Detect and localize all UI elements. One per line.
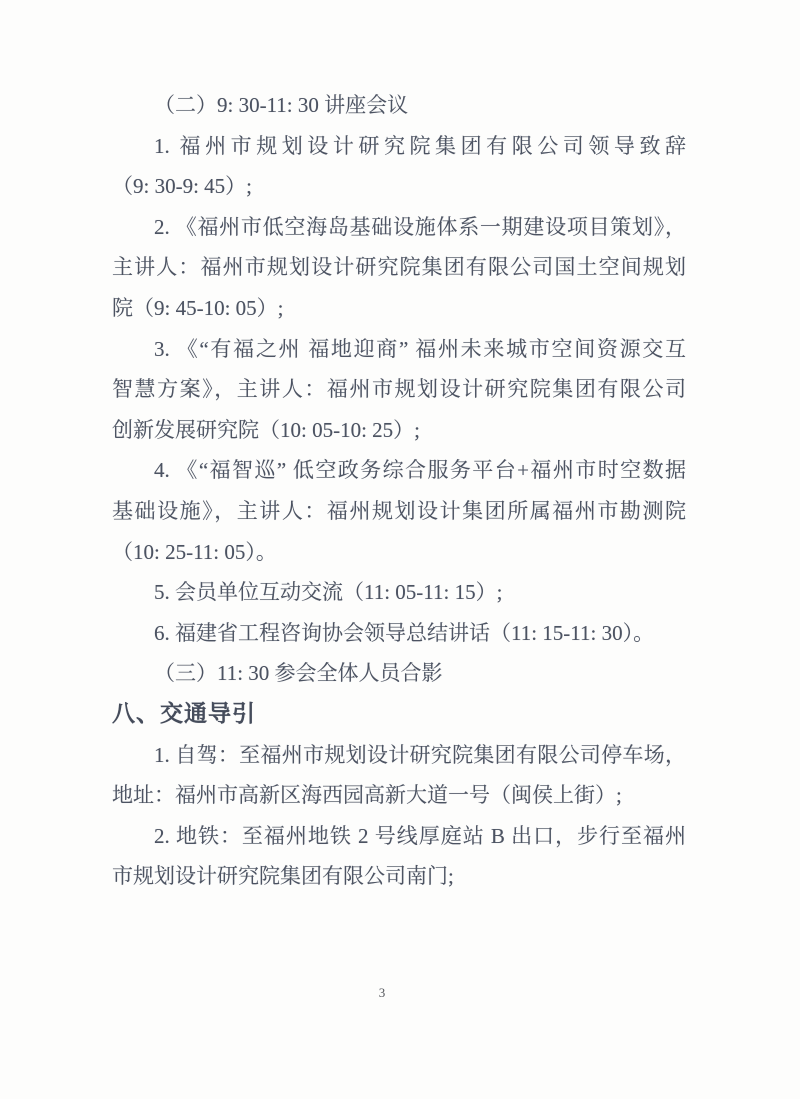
traffic-item-2-line-1: 2. 地铁：至福州地铁 2 号线厚庭站 B 出口，步行至福州 [112,816,686,857]
agenda-subsection-2-heading: （二）9: 30-11: 30 讲座会议 [112,85,686,126]
traffic-item-1-line-2: 地址：福州市高新区海西园高新大道一号（闽侯上街）; [112,775,686,816]
document-page: （二）9: 30-11: 30 讲座会议 1. 福州市规划设计研究院集团有限公司… [0,0,800,1099]
agenda-item-2-line-2: 主讲人：福州市规划设计研究院集团有限公司国土空间规划 [112,247,686,288]
traffic-item-2-line-2: 市规划设计研究院集团有限公司南门; [112,856,686,897]
agenda-item-4-line-3: （10: 25-11: 05）。 [112,532,686,573]
document-body: （二）9: 30-11: 30 讲座会议 1. 福州市规划设计研究院集团有限公司… [112,85,686,897]
agenda-item-1-line-1: 1. 福州市规划设计研究院集团有限公司领导致辞 [112,126,686,167]
agenda-item-4-line-1: 4. 《“福智巡” 低空政务综合服务平台+福州市时空数据 [112,450,686,491]
agenda-item-3-line-1: 3. 《“有福之州 福地迎商” 福州未来城市空间资源交互 [112,329,686,370]
agenda-item-4-line-2: 基础设施》，主讲人：福州规划设计集团所属福州市勘测院 [112,491,686,532]
agenda-item-6-line: 6. 福建省工程咨询协会领导总结讲话（11: 15-11: 30）。 [112,613,686,654]
agenda-subsection-3-heading: （三）11: 30 参会全体人员合影 [112,653,686,694]
agenda-item-2-line-3: 院（9: 45-10: 05）; [112,288,686,329]
agenda-item-5-line: 5. 会员单位互动交流（11: 05-11: 15）; [112,572,686,613]
agenda-item-1-line-2: （9: 30-9: 45）; [112,166,686,207]
agenda-item-2-line-1: 2. 《福州市低空海岛基础设施体系一期建设项目策划》， [112,207,686,248]
agenda-item-3-line-3: 创新发展研究院（10: 05-10: 25）; [112,410,686,451]
agenda-item-3-line-2: 智慧方案》，主讲人：福州市规划设计研究院集团有限公司 [112,369,686,410]
traffic-section-heading: 八、交通导引 [112,694,686,735]
page-number: 3 [0,985,764,1001]
traffic-item-1-line-1: 1. 自驾：至福州市规划设计研究院集团有限公司停车场， [112,735,686,776]
